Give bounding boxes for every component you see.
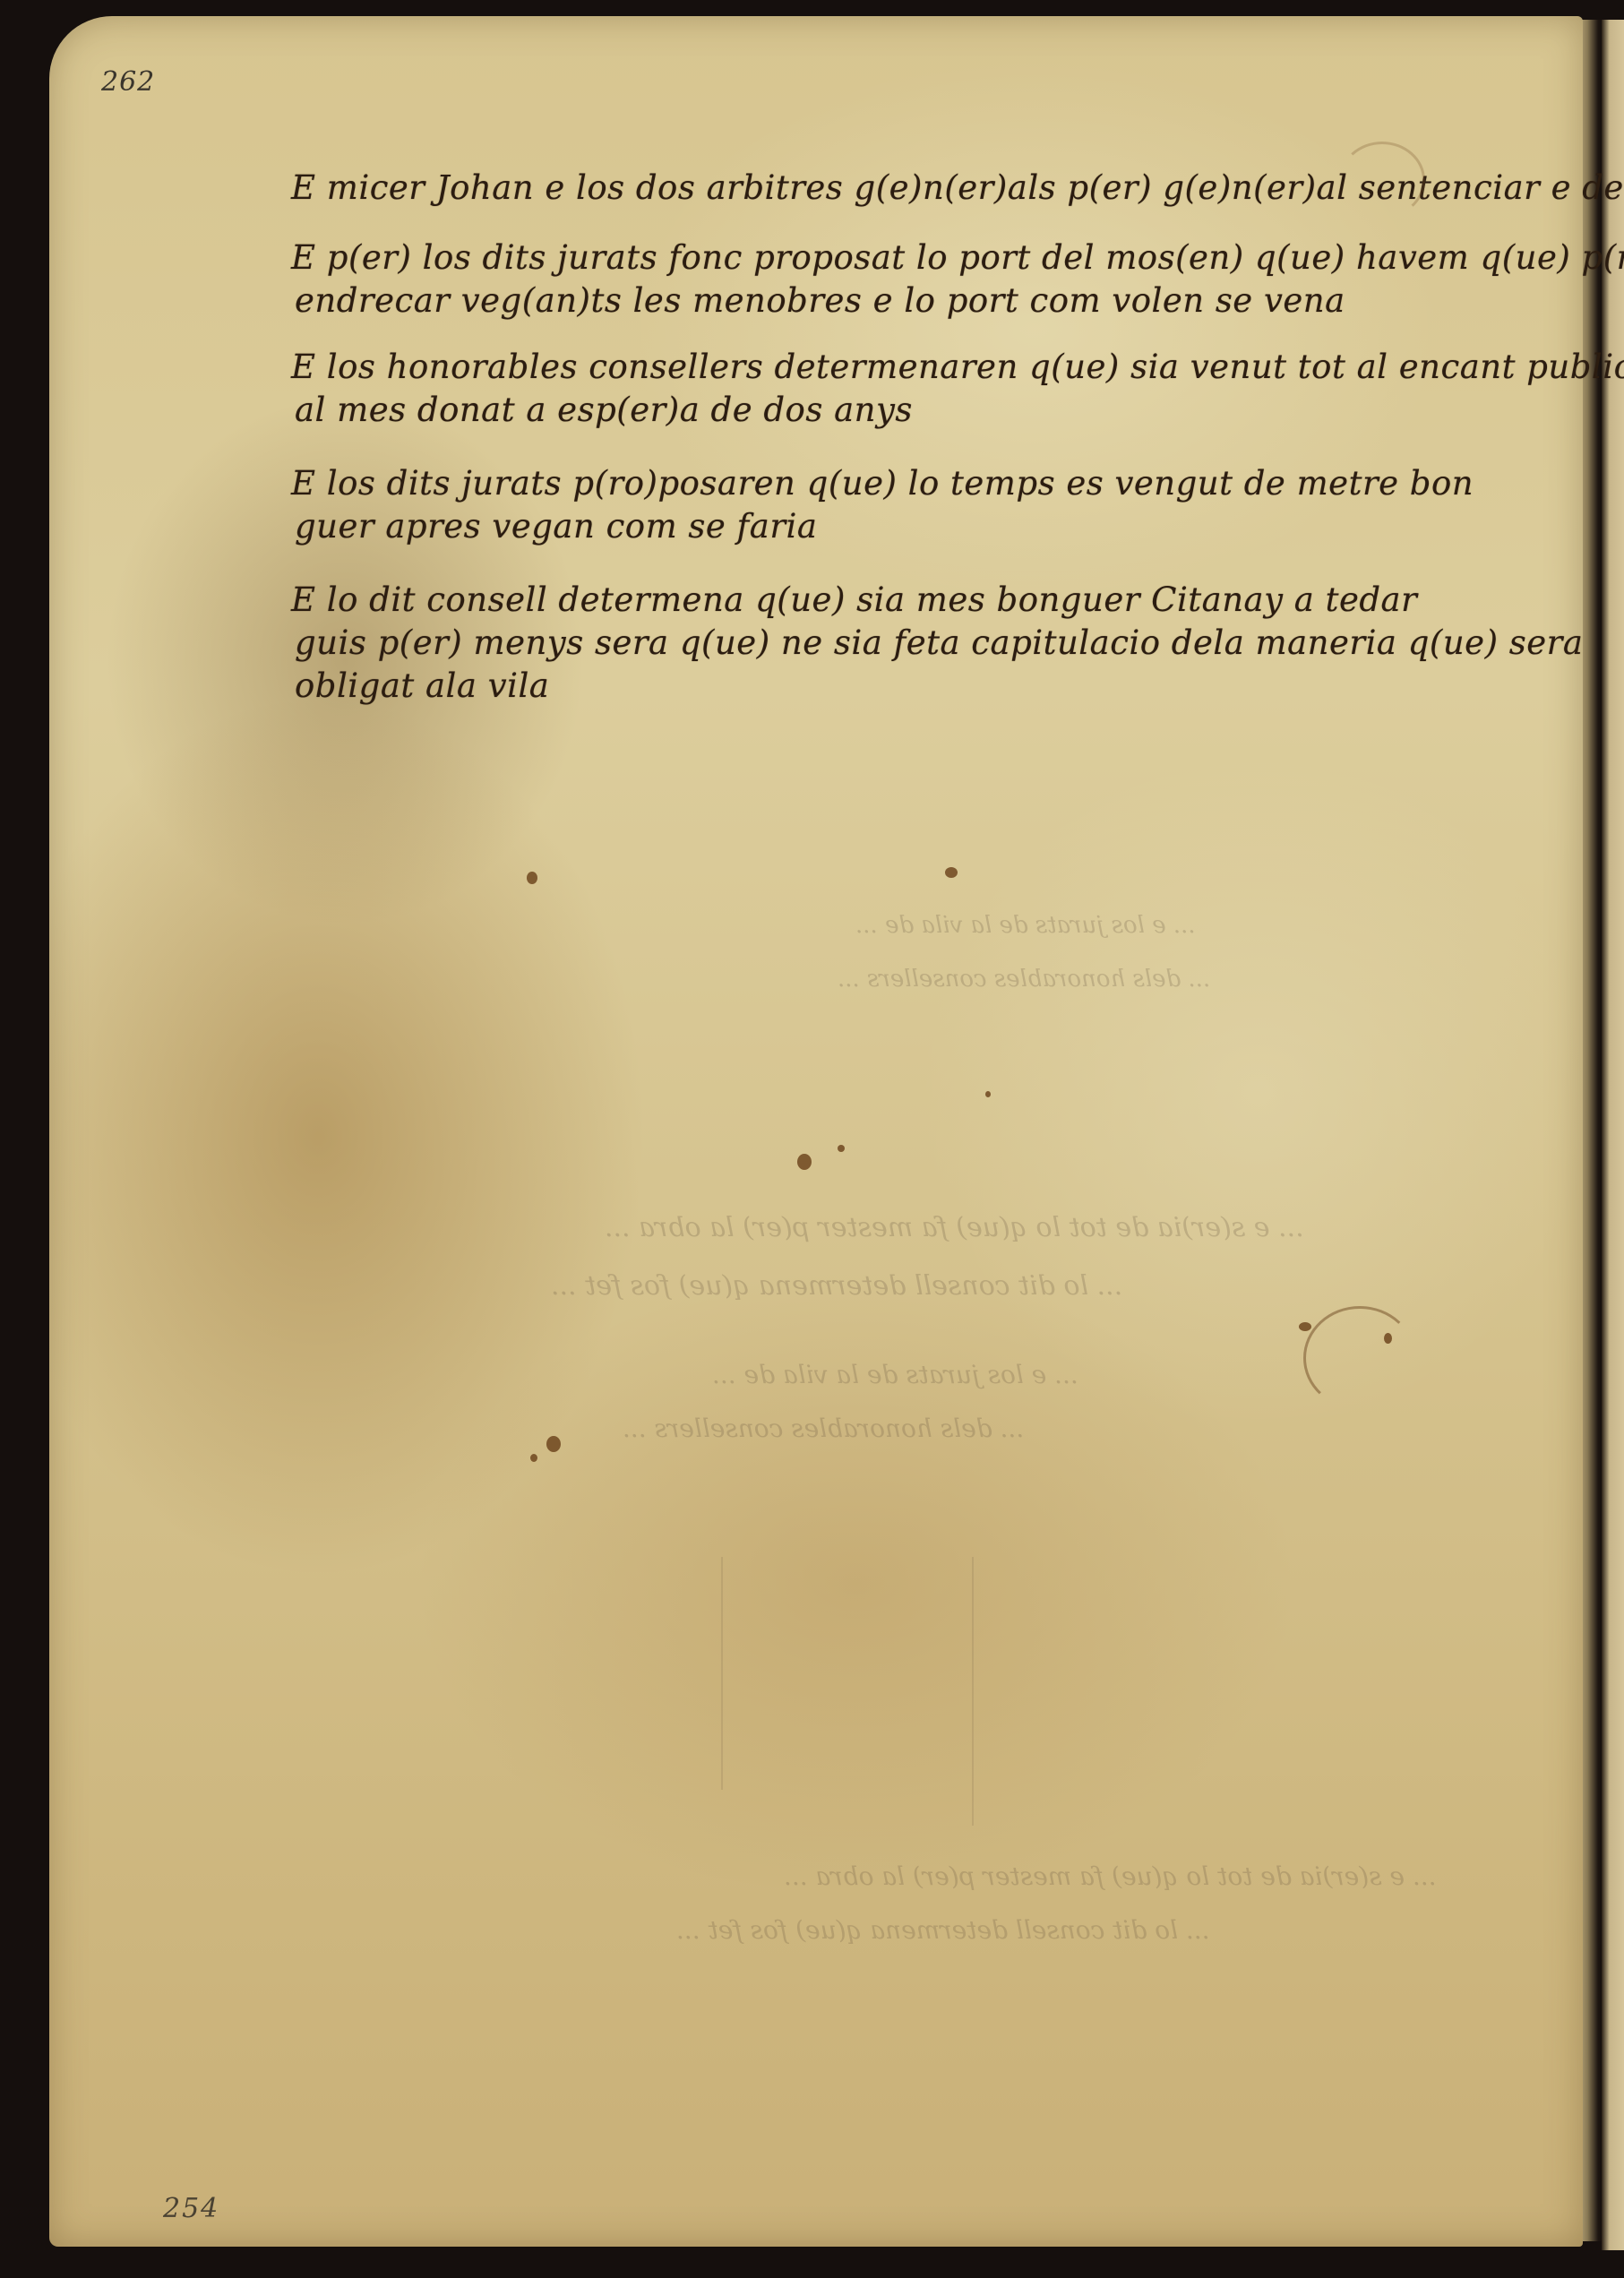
entry-line: guis p(er) menys sera q(ue) ne sia feta … xyxy=(291,622,1527,665)
entry: E los dits jurats p(ro)posaren q(ue) lo … xyxy=(291,462,1527,548)
bleed-through-text: ... dels honorables consellers ... xyxy=(623,1414,1024,1443)
ink-stain xyxy=(527,872,537,884)
entry-line: E los dits jurats p(ro)posaren q(ue) lo … xyxy=(291,462,1527,505)
stain-ring xyxy=(1339,142,1425,219)
ink-stain xyxy=(945,867,958,878)
bleed-through-text: ... e s(er)ia de tot lo q(ue) fa mester … xyxy=(784,1861,1437,1891)
entry: E lo dit consell determena q(ue) sia mes… xyxy=(291,579,1527,708)
entry-line: guer apres vegan com se faria xyxy=(291,505,1527,548)
bleed-through-text: ... lo dit consell determena q(ue) fos f… xyxy=(551,1270,1122,1302)
ink-stain xyxy=(530,1454,537,1462)
entry-line: endrecar veg(an)ts les menobres e lo por… xyxy=(291,279,1527,322)
stain-ring xyxy=(1303,1306,1416,1410)
manuscript-entries: E micer Johan e los dos arbitres g(e)n(e… xyxy=(291,167,1527,731)
ink-stain xyxy=(797,1154,812,1170)
bleed-through-text: ... e s(er)ia de tot lo q(ue) fa mester … xyxy=(605,1212,1304,1243)
ink-stain xyxy=(985,1091,991,1097)
folio-number: 254 xyxy=(163,2193,219,2224)
entry-line: E lo dit consell determena q(ue) sia mes… xyxy=(291,579,1527,622)
bleed-through-text: ... e los jurats de la vila de ... xyxy=(712,1360,1078,1389)
bleed-through-text: ... lo dit consell determena q(ue) fos f… xyxy=(676,1915,1210,1945)
bleed-through-text: ... dels honorables consellers ... xyxy=(838,966,1210,993)
bleed-through-text: ... e los jurats de la vila de ... xyxy=(855,912,1196,939)
entry-line: al mes donat a esp(er)a de dos anys xyxy=(291,389,1527,432)
ink-stain xyxy=(1299,1322,1311,1331)
ink-stain xyxy=(546,1436,561,1452)
manuscript-page: ... e s(er)ia de tot lo q(ue) fa mester … xyxy=(49,16,1583,2247)
manuscript-scan: ... e s(er)ia de tot lo q(ue) fa mester … xyxy=(0,0,1624,2278)
ink-stain xyxy=(838,1145,845,1152)
entry-line: obligat ala vila xyxy=(291,665,1527,708)
page-number: 262 xyxy=(101,66,155,98)
entry: E los honorables consellers determenaren… xyxy=(291,346,1527,432)
entry-line: E p(er) los dits jurats fonc proposat lo… xyxy=(291,236,1527,279)
bleed-through-mark xyxy=(972,1557,974,1826)
entry: E p(er) los dits jurats fonc proposat lo… xyxy=(291,236,1527,322)
bleed-through-mark xyxy=(721,1557,723,1790)
entry-line: E los honorables consellers determenaren… xyxy=(291,346,1527,389)
